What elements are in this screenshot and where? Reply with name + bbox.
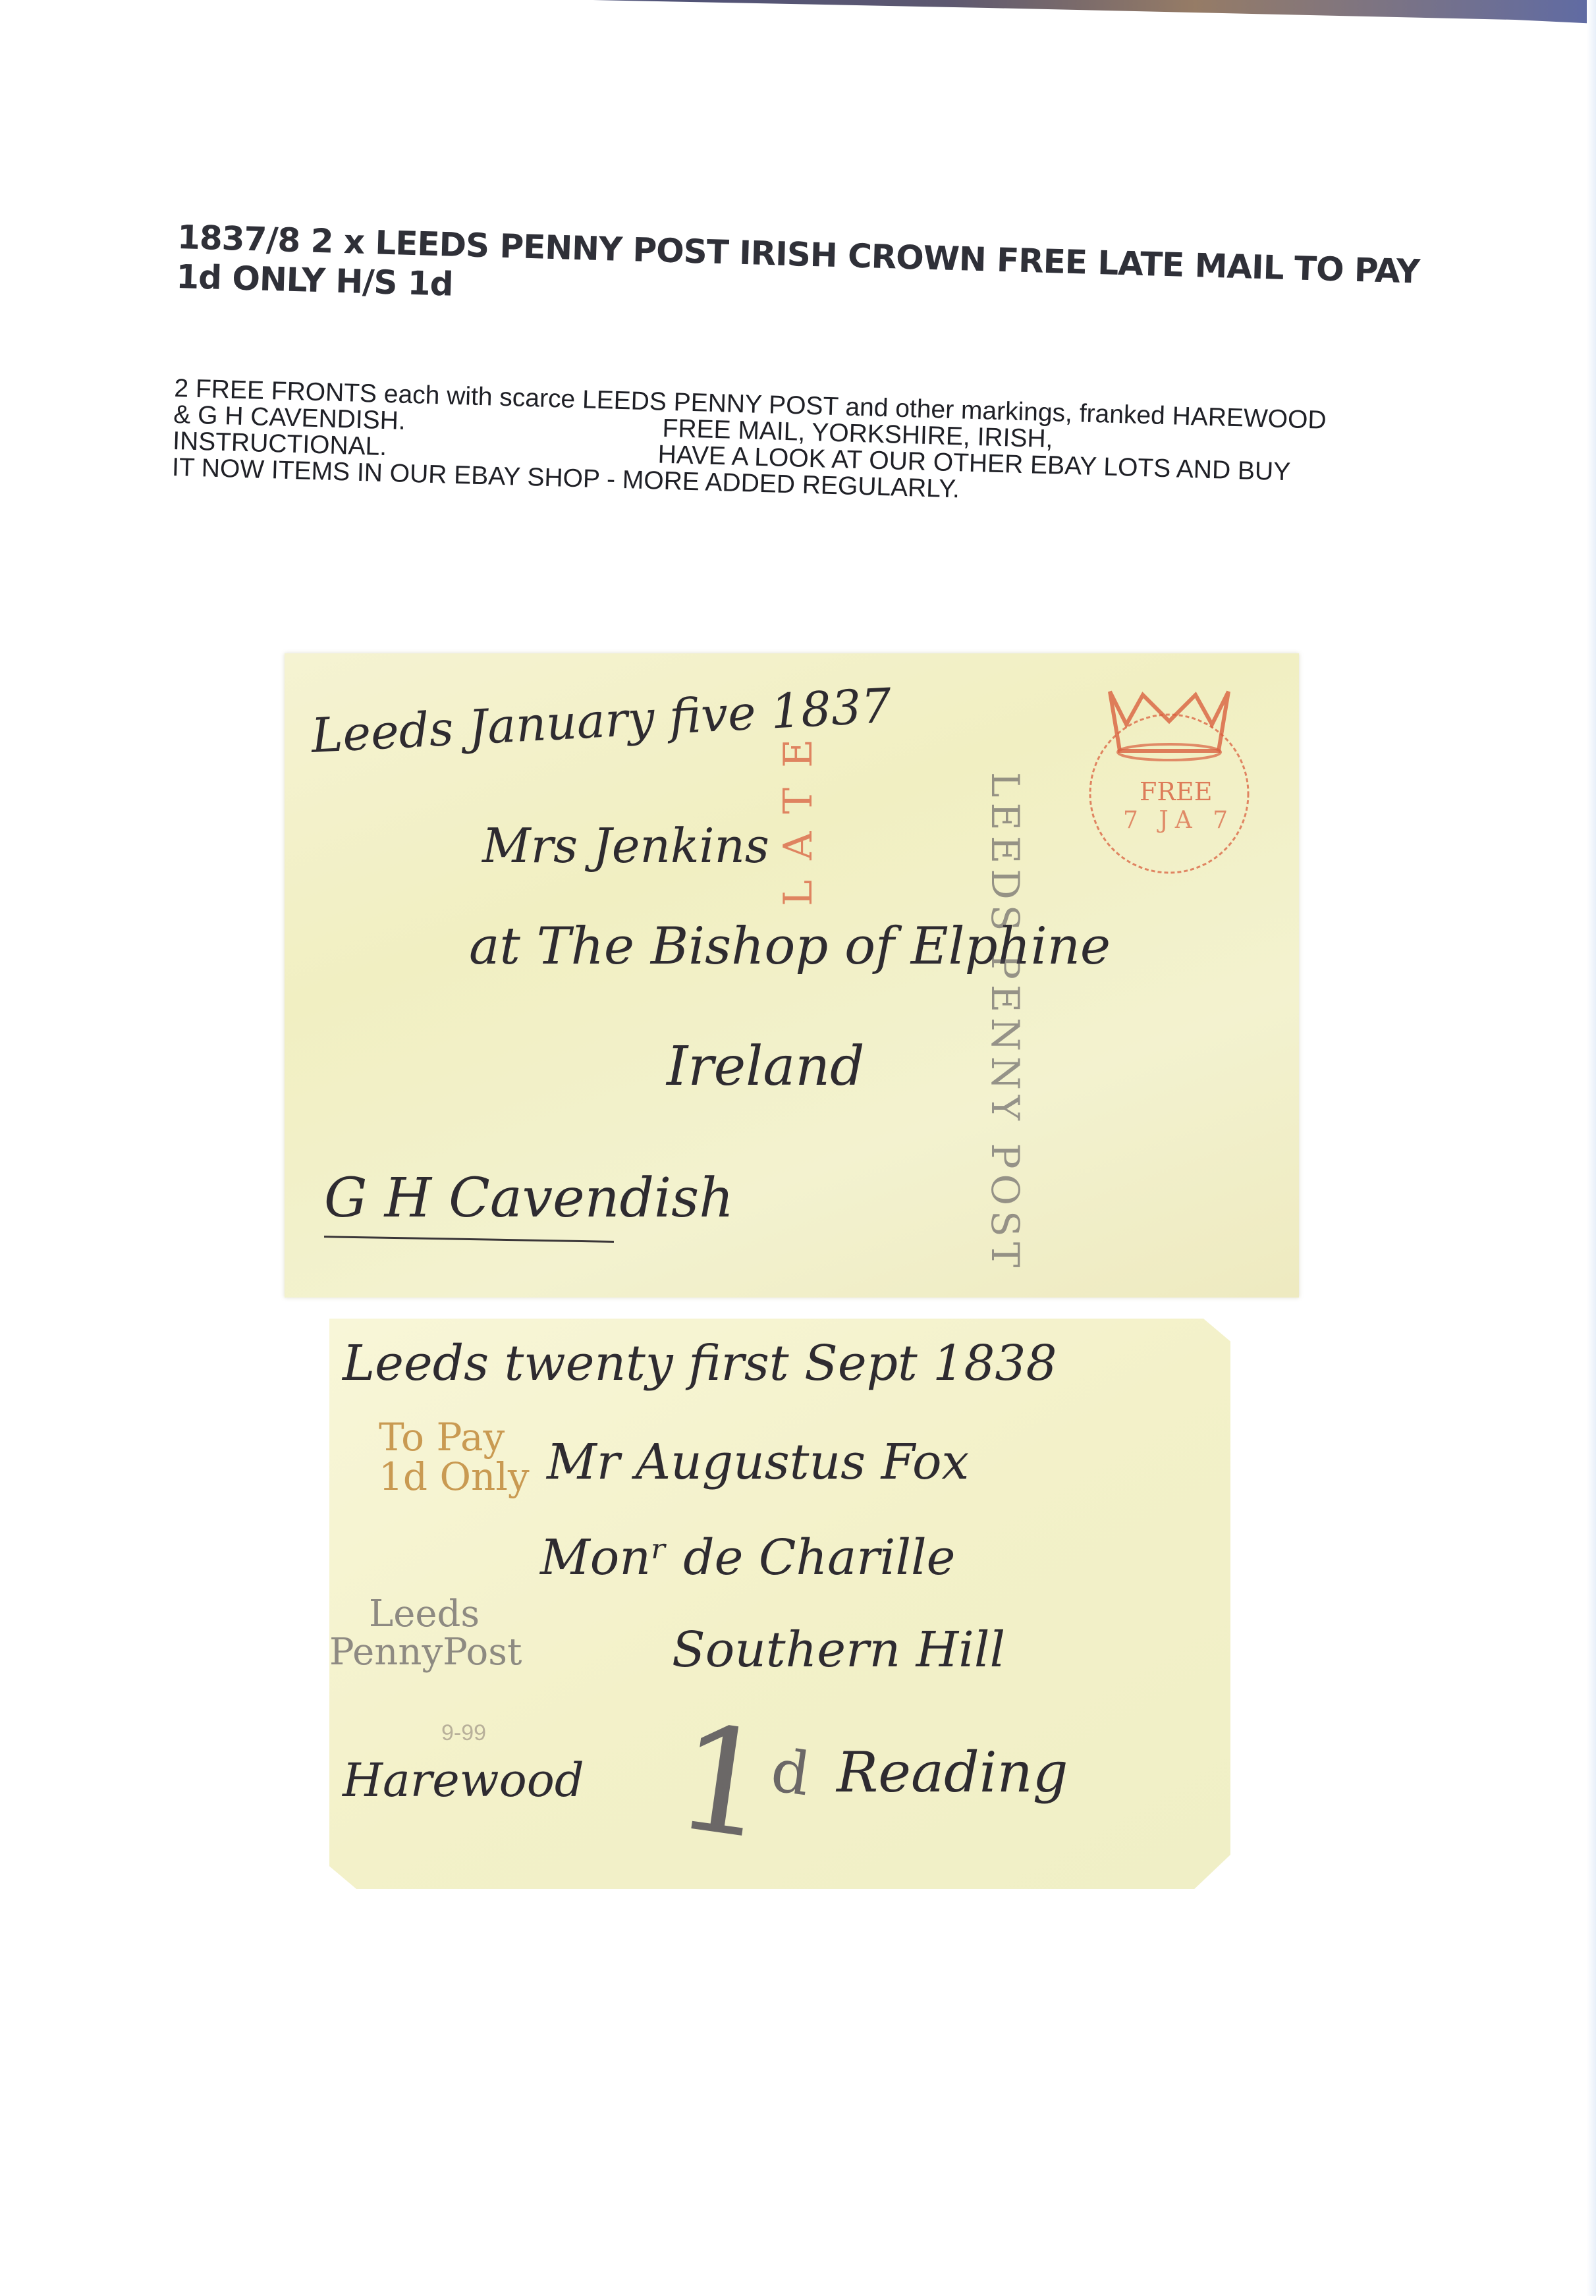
crown-stamp-free-label: FREE bbox=[1140, 777, 1212, 806]
front2-dateline: Leeds twenty first Sept 1838 bbox=[343, 1335, 1057, 1392]
front2-address-4: Reading bbox=[837, 1740, 1068, 1805]
one-penny-handstamp: 1d bbox=[668, 1685, 819, 1865]
scanner-edge-shadow bbox=[593, 0, 1596, 24]
late-mail-stamp: LATE bbox=[775, 719, 821, 906]
front1-signature: G H Cavendish bbox=[324, 1167, 734, 1230]
crown-stamp-date: 7 JA 7 bbox=[1123, 807, 1234, 834]
to-pay-line-1: To Pay bbox=[379, 1417, 530, 1457]
to-pay-stamp: To Pay 1d Only bbox=[379, 1417, 530, 1496]
irish-crown-free-stamp: FREE 7 JA 7 bbox=[1070, 678, 1268, 876]
penny-post-line-2: PennyPost bbox=[329, 1633, 522, 1672]
one-penny-numeral: 1 bbox=[666, 1693, 781, 1872]
scanner-edge-right bbox=[1587, 0, 1596, 2296]
front2-address-1: Mr Augustus Fox bbox=[547, 1434, 969, 1490]
signature-underline bbox=[324, 1236, 614, 1243]
front1-address-3: Ireland bbox=[667, 1035, 865, 1098]
postal-front-2: Leeds twenty first Sept 1838 To Pay 1d O… bbox=[329, 1319, 1230, 1889]
front2-address-3: Southern Hill bbox=[672, 1622, 1005, 1678]
pencil-price-note: 9-99 bbox=[441, 1720, 486, 1746]
front1-address-1: Mrs Jenkins bbox=[482, 818, 769, 873]
page-title: 1837/8 2 x LEEDS PENNY POST IRISH CROWN … bbox=[176, 217, 1429, 331]
leeds-penny-post-stamp: LEEDS PENNY POST bbox=[983, 772, 1028, 1272]
front2-signature: Harewood bbox=[343, 1753, 584, 1807]
front2-address-2: Monʳ de Charille bbox=[540, 1529, 955, 1586]
description-block: 2 FREE FRONTS each with scarce LEEDS PEN… bbox=[172, 375, 1459, 516]
leeds-penny-post-handstamp: Leeds PennyPost bbox=[329, 1595, 522, 1672]
penny-post-line-1: Leeds bbox=[329, 1595, 522, 1633]
to-pay-line-2: 1d Only bbox=[379, 1457, 530, 1496]
